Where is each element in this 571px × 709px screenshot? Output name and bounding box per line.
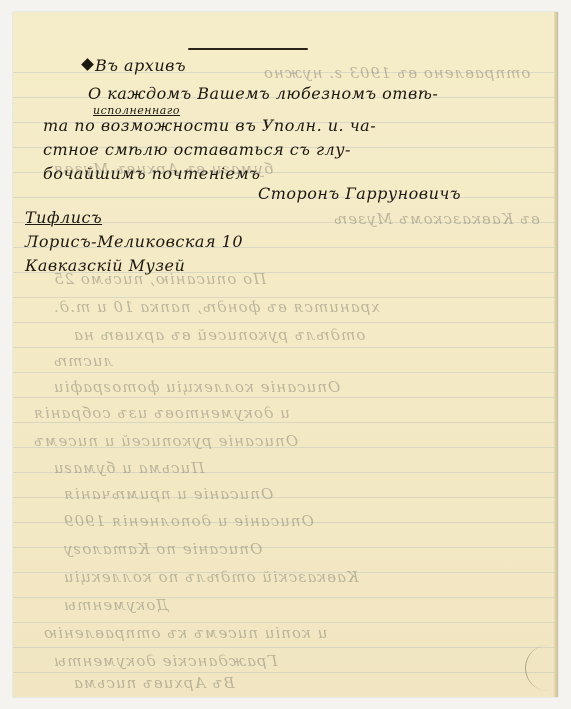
archive-annotation: Въ архивъ (95, 56, 186, 75)
lined-paper-sheet: отправлено въ 1903 г. нужно бумаги въ Ар… (13, 12, 558, 697)
ruled-line (13, 422, 558, 423)
bleed-through-text: отдѣлъ рукописей въ архивѣ на (73, 326, 365, 344)
letter-line: стное смѣлю оставаться съ глу- (43, 140, 351, 159)
ruled-line (13, 347, 558, 348)
letter-line: О каждомъ Вашемъ любезномъ отвѣ- (88, 84, 438, 103)
ruled-line (13, 622, 558, 623)
ruled-line (13, 672, 558, 673)
bleed-through-text: отправлено въ 1903 г. нужно (263, 64, 530, 82)
ruled-line (13, 372, 558, 373)
signature: Сторонъ Гарруновичъ (258, 184, 461, 203)
bleed-through-text: Описаніе и дополненія 1909 (63, 512, 314, 530)
bleed-through-text: Описаніе коллекціи фотографіи (53, 378, 340, 396)
bleed-through-text: хранится въ фондѣ, папка 10 и т.д. (53, 298, 380, 316)
bleed-through-text: Описаніе рукописей и писемъ (33, 432, 298, 450)
bleed-through-text: листѣ (53, 352, 113, 370)
header-rule (188, 48, 308, 50)
bleed-through-text: и копіи писемъ къ отправленію (43, 624, 327, 642)
address-street: Лорисъ-Меликовская 10 (25, 232, 243, 251)
bleed-through-text: Описаніе и примѣчанія (63, 485, 273, 503)
pointer-mark-icon (81, 58, 94, 71)
address-city: Тифлисъ (25, 208, 102, 227)
ruled-line (13, 647, 558, 648)
ruled-line (13, 322, 558, 323)
bleed-through-text: въ Кавказскомъ Музеѣ (333, 210, 540, 228)
letter-line: бочайшимъ почтеніемъ (43, 164, 260, 183)
bleed-through-text: Документы (63, 596, 169, 614)
letter-line: та по возможности въ Уполн. и. ча- (43, 116, 376, 135)
ruled-line (13, 397, 558, 398)
document-scan: отправлено въ 1903 г. нужно бумаги въ Ар… (0, 0, 571, 709)
bleed-through-text: Въ Архивъ письма (73, 674, 235, 692)
bleed-through-text: Письма и бумаги (53, 459, 204, 477)
bleed-through-text: и документовъ изъ собранія (33, 404, 290, 422)
paper-edge (554, 12, 558, 697)
bleed-through-text: Гражданскіе документы (53, 652, 278, 670)
address-institution: Кавказскій Музей (25, 256, 185, 275)
bleed-through-text: Описаніе по Каталогу (63, 540, 262, 558)
margin-note-bracket (525, 645, 556, 691)
bleed-through-text: Кавказскій отдѣлъ по коллекціи (63, 568, 359, 586)
